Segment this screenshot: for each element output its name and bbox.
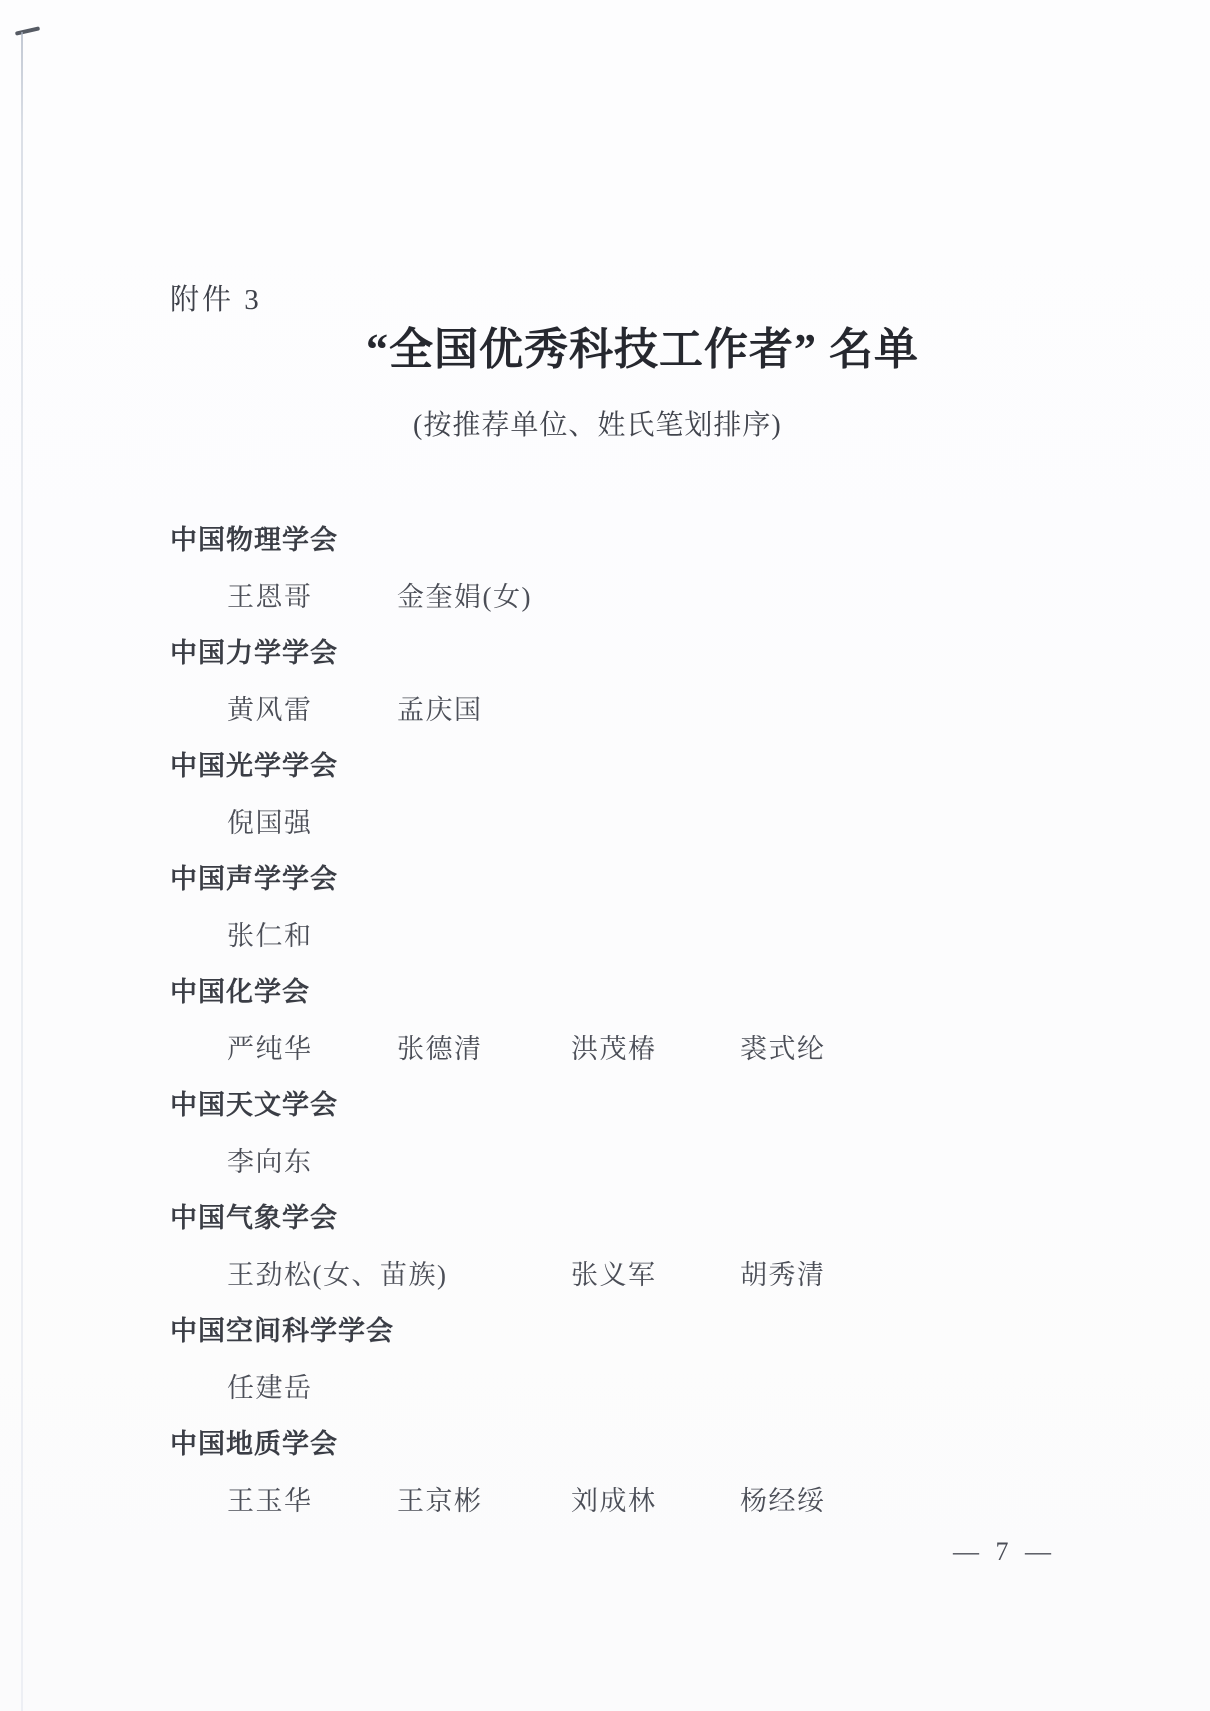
member-name: 王恩哥 xyxy=(227,581,313,613)
member-name: 严纯华 xyxy=(227,1033,313,1065)
attachment-label: 附件 3 xyxy=(170,282,262,318)
section-member-row: 任建岳 xyxy=(170,1370,1110,1427)
document-title: “全国优秀科技工作者” 名单 xyxy=(366,322,926,378)
section-member-row: 张仁和 xyxy=(170,918,1110,975)
section-society-name: 中国气象学会 xyxy=(170,1200,1110,1257)
section-member-row: 严纯华张德清洪茂椿裘式纶 xyxy=(170,1031,1110,1088)
section-member-row: 李向东 xyxy=(170,1144,1110,1201)
member-name: 王劲松(女、苗族) xyxy=(227,1259,447,1291)
member-name: 任建岳 xyxy=(227,1372,313,1404)
member-name: 金奎娟(女) xyxy=(397,581,532,613)
section-society-name: 中国天文学会 xyxy=(170,1087,1110,1144)
scan-corner-mark-artifact xyxy=(15,26,40,36)
member-name: 裘式纶 xyxy=(740,1033,826,1065)
member-name: 刘成林 xyxy=(571,1485,657,1517)
scan-edge-line-artifact xyxy=(21,32,23,1711)
member-name: 倪国强 xyxy=(227,807,313,839)
section-society-name: 中国物理学会 xyxy=(170,522,1110,579)
member-name: 杨经绥 xyxy=(740,1485,826,1517)
scanned-document-page: 附件 3 “全国优秀科技工作者” 名单 (按推荐单位、姓氏笔划排序) 中国物理学… xyxy=(0,0,1210,1711)
member-name: 李向东 xyxy=(227,1146,313,1178)
section-member-row: 黄风雷孟庆国 xyxy=(170,692,1110,749)
section-society-name: 中国地质学会 xyxy=(170,1426,1110,1483)
member-name: 孟庆国 xyxy=(397,694,483,726)
member-name: 王玉华 xyxy=(227,1485,313,1517)
member-name: 胡秀清 xyxy=(740,1259,826,1291)
section-society-name: 中国声学学会 xyxy=(170,861,1110,918)
member-name: 黄风雷 xyxy=(227,694,313,726)
section-member-row: 倪国强 xyxy=(170,805,1110,862)
member-name: 王京彬 xyxy=(397,1485,483,1517)
section-member-row: 王劲松(女、苗族)张义军胡秀清 xyxy=(170,1257,1110,1314)
section-member-row: 王玉华王京彬刘成林杨经绥 xyxy=(170,1483,1110,1540)
section-society-name: 中国空间科学学会 xyxy=(170,1313,1110,1370)
section-member-row: 王恩哥金奎娟(女) xyxy=(170,579,1110,636)
section-society-name: 中国光学学会 xyxy=(170,748,1110,805)
section-society-name: 中国化学会 xyxy=(170,974,1110,1031)
page-number: — 7 — xyxy=(953,1536,1056,1568)
member-name: 张仁和 xyxy=(227,920,313,952)
member-name: 张义军 xyxy=(571,1259,657,1291)
document-subtitle: (按推荐单位、姓氏笔划排序) xyxy=(413,408,782,444)
award-list: 中国物理学会王恩哥金奎娟(女)中国力学学会黄风雷孟庆国中国光学学会倪国强中国声学… xyxy=(170,522,1110,1539)
member-name: 张德清 xyxy=(397,1033,483,1065)
section-society-name: 中国力学学会 xyxy=(170,635,1110,692)
member-name: 洪茂椿 xyxy=(571,1033,657,1065)
